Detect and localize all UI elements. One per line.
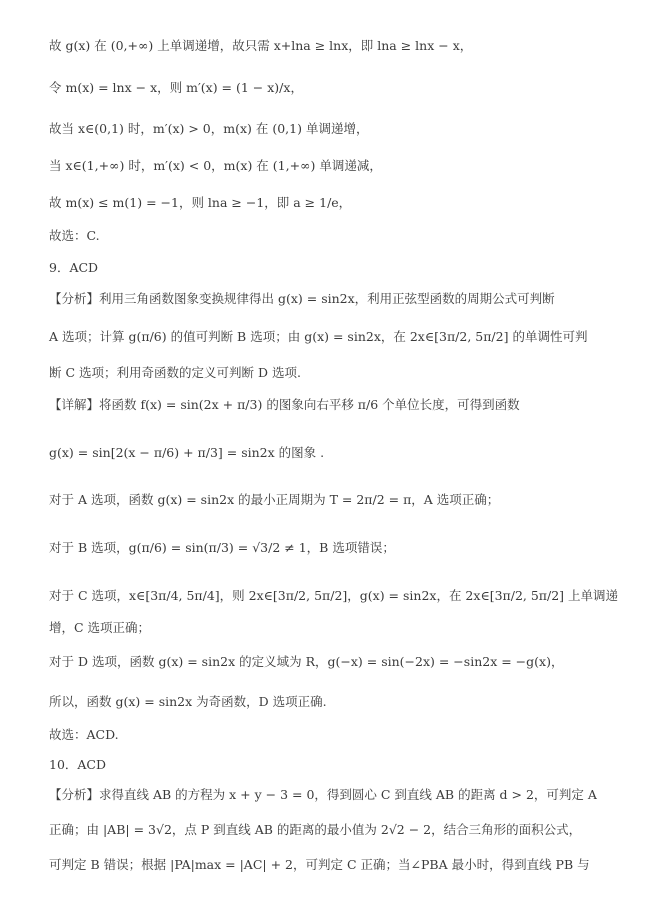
analysis-paragraph: 【分析】求得直线 AB 的方程为 x + y − 3 = 0，得到圆心 C 到直… bbox=[49, 787, 614, 803]
text-line: 令 m(x) = lnx − x，则 m′(x) = (1 − x)/x， bbox=[49, 80, 614, 96]
text-line: 对于 B 选项，g(π/6) = sin(π/3) = √3/2 ≠ 1，B 选… bbox=[49, 540, 614, 556]
text-line: 正确；由 |AB| = 3√2，点 P 到直线 AB 的距离的最小值为 2√2 … bbox=[49, 822, 614, 838]
question-number: 9．ACD bbox=[49, 260, 614, 276]
text-line: 故当 x∈(0,1) 时，m′(x) > 0，m(x) 在 (0,1) 单调递增… bbox=[49, 121, 614, 137]
detail-paragraph: 【详解】将函数 f(x) = sin(2x + π/3) 的图象向右平移 π/6… bbox=[49, 397, 614, 413]
text-line: 断 C 选项；利用奇函数的定义可判断 D 选项. bbox=[49, 365, 614, 381]
text-line: 对于 A 选项，函数 g(x) = sin2x 的最小正周期为 T = 2π/2… bbox=[49, 492, 614, 508]
text-line: 故选：C. bbox=[49, 228, 614, 244]
analysis-paragraph: 【分析】利用三角函数图象变换规律得出 g(x) = sin2x，利用正弦型函数的… bbox=[49, 291, 614, 307]
text-line: 当 x∈(1,+∞) 时，m′(x) < 0，m(x) 在 (1,+∞) 单调递… bbox=[49, 158, 614, 174]
text-line: 对于 C 选项，x∈[3π/4, 5π/4]，则 2x∈[3π/2, 5π/2]… bbox=[49, 588, 614, 604]
text-line: 故 m(x) ≤ m(1) = −1，则 lna ≥ −1，即 a ≥ 1/e， bbox=[49, 195, 614, 211]
document-page: 故 g(x) 在 (0,+∞) 上单调递增，故只需 x+lna ≥ lnx，即 … bbox=[0, 0, 654, 898]
text-line: A 选项；计算 g(π/6) 的值可判断 B 选项；由 g(x) = sin2x… bbox=[49, 329, 614, 345]
text-line: 故 g(x) 在 (0,+∞) 上单调递增，故只需 x+lna ≥ lnx，即 … bbox=[49, 38, 614, 54]
text-line: 故选：ACD. bbox=[49, 727, 614, 743]
text-line: 对于 D 选项，函数 g(x) = sin2x 的定义域为 R，g(−x) = … bbox=[49, 654, 614, 670]
text-line: 可判定 B 错误；根据 |PA|max = |AC| + 2，可判定 C 正确；… bbox=[49, 857, 614, 873]
question-number: 10．ACD bbox=[49, 757, 614, 773]
text-line: 所以，函数 g(x) = sin2x 为奇函数，D 选项正确. bbox=[49, 694, 614, 710]
text-line: g(x) = sin[2(x − π/6) + π/3] = sin2x 的图象… bbox=[49, 445, 614, 461]
text-line: 增，C 选项正确； bbox=[49, 620, 614, 636]
